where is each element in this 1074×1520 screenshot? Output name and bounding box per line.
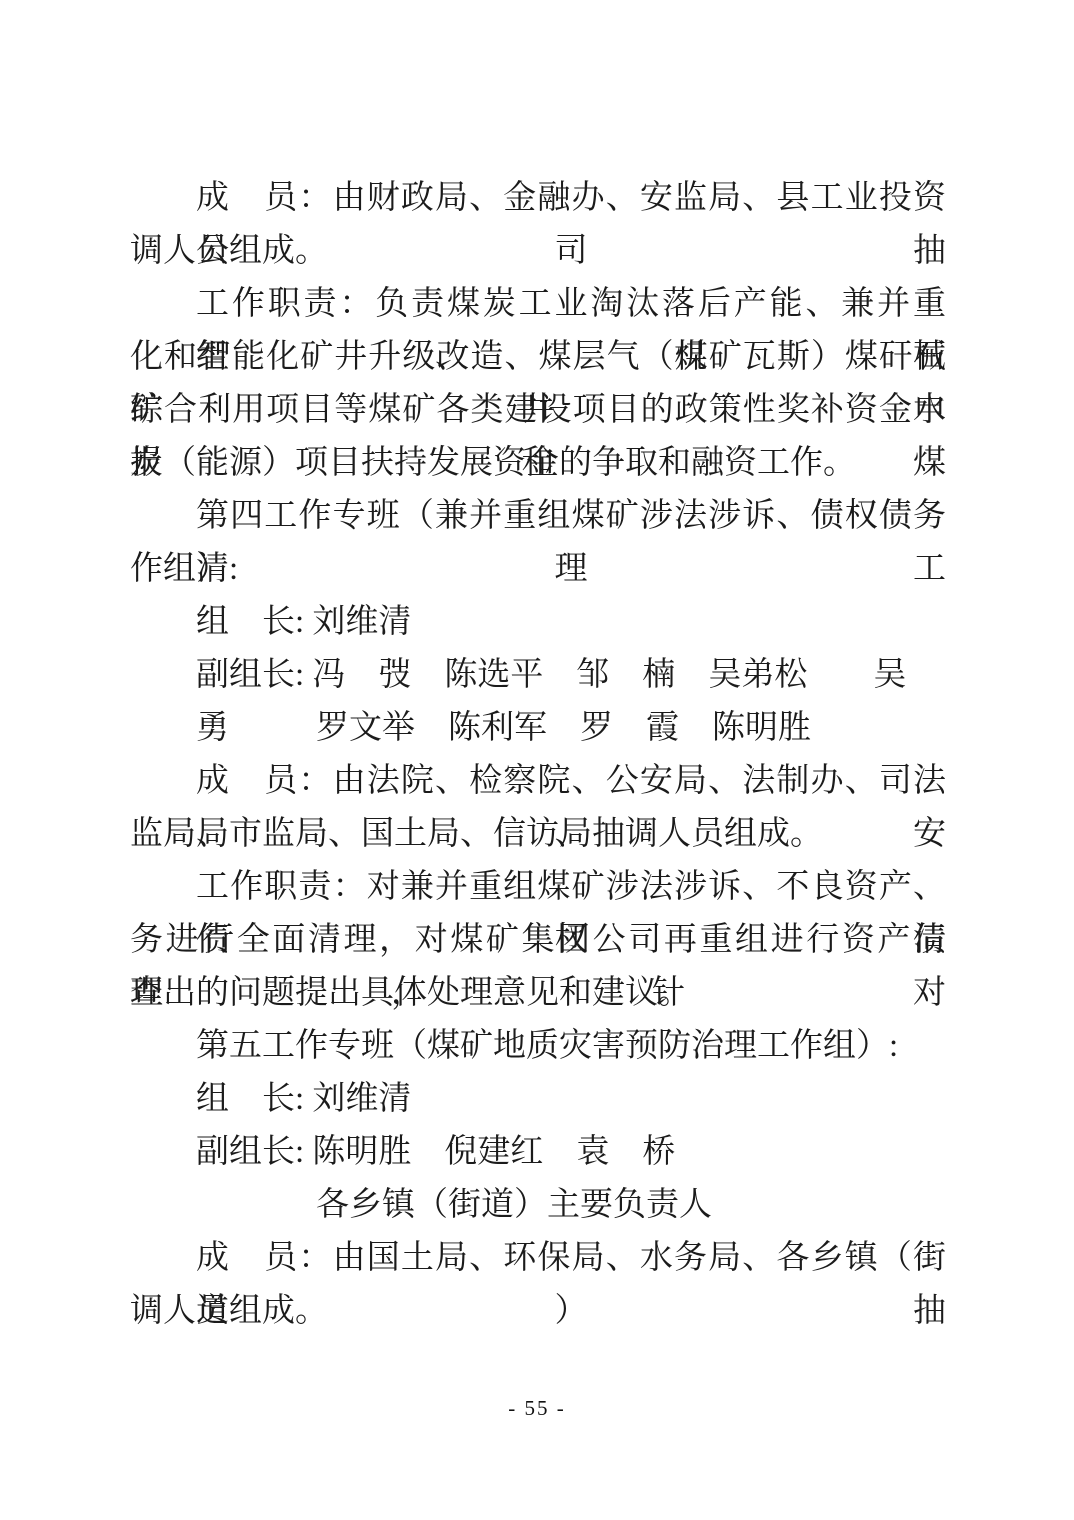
team-4-deputy-leaders-line-1: 副组长: 冯 弢 陈选平 邹 楠 吴弟松 吴 勇 <box>130 649 946 702</box>
team-3-duties-line-3: 综合利用项目等煤矿各类建设项目的政策性奖补资金申报和煤 <box>130 384 946 437</box>
team-3-duties-line-4: 炭（能源）项目扶持发展资金的争取和融资工作。 <box>130 437 946 490</box>
team-4-duties-line-2: 务进行全面清理，对煤矿集团公司再重组进行资产清理，针对 <box>130 914 946 967</box>
team-5-heading-line-1: 第五工作专班（煤矿地质灾害预防治理工作组）: <box>130 1020 946 1073</box>
team-3-members-line-1: 成 员：由财政局、金融办、安监局、县工业投资公司抽 <box>130 172 946 225</box>
document-page: 成 员：由财政局、金融办、安监局、县工业投资公司抽调人员组成。工作职责：负责煤炭… <box>0 0 1074 1520</box>
page-number: - 55 - <box>0 1396 1074 1421</box>
document-body: 成 员：由财政局、金融办、安监局、县工业投资公司抽调人员组成。工作职责：负责煤炭… <box>130 172 946 1338</box>
team-5-deputy-leaders-line-1: 副组长: 陈明胜 倪建红 袁 桥 <box>130 1126 946 1179</box>
team-4-members-line-1: 成 员：由法院、检察院、公安局、法制办、司法局、安 <box>130 755 946 808</box>
team-3-duties-line-2: 化和智能化矿井升级改造、煤层气（煤矿瓦斯）煤矸石矿井水 <box>130 331 946 384</box>
team-3-duties-line-1: 工作职责：负责煤炭工业淘汰落后产能、兼并重组、机械 <box>130 278 946 331</box>
team-5-members-line-1: 成 员：由国土局、环保局、水务局、各乡镇（街道）抽 <box>130 1232 946 1285</box>
team-5-deputy-leaders-line-2: 各乡镇（街道）主要负责人 <box>130 1179 946 1232</box>
team-4-leader-line-1: 组 长: 刘维清 <box>130 596 946 649</box>
team-4-duties-line-1: 工作职责：对兼并重组煤矿涉法涉诉、不良资产、债权债 <box>130 861 946 914</box>
team-5-leader-line-1: 组 长: 刘维清 <box>130 1073 946 1126</box>
team-4-heading-line-1: 第四工作专班（兼并重组煤矿涉法涉诉、债权债务清理工 <box>130 490 946 543</box>
team-4-deputy-leaders-line-2: 罗文举 陈利军 罗 霞 陈明胜 <box>130 702 946 755</box>
